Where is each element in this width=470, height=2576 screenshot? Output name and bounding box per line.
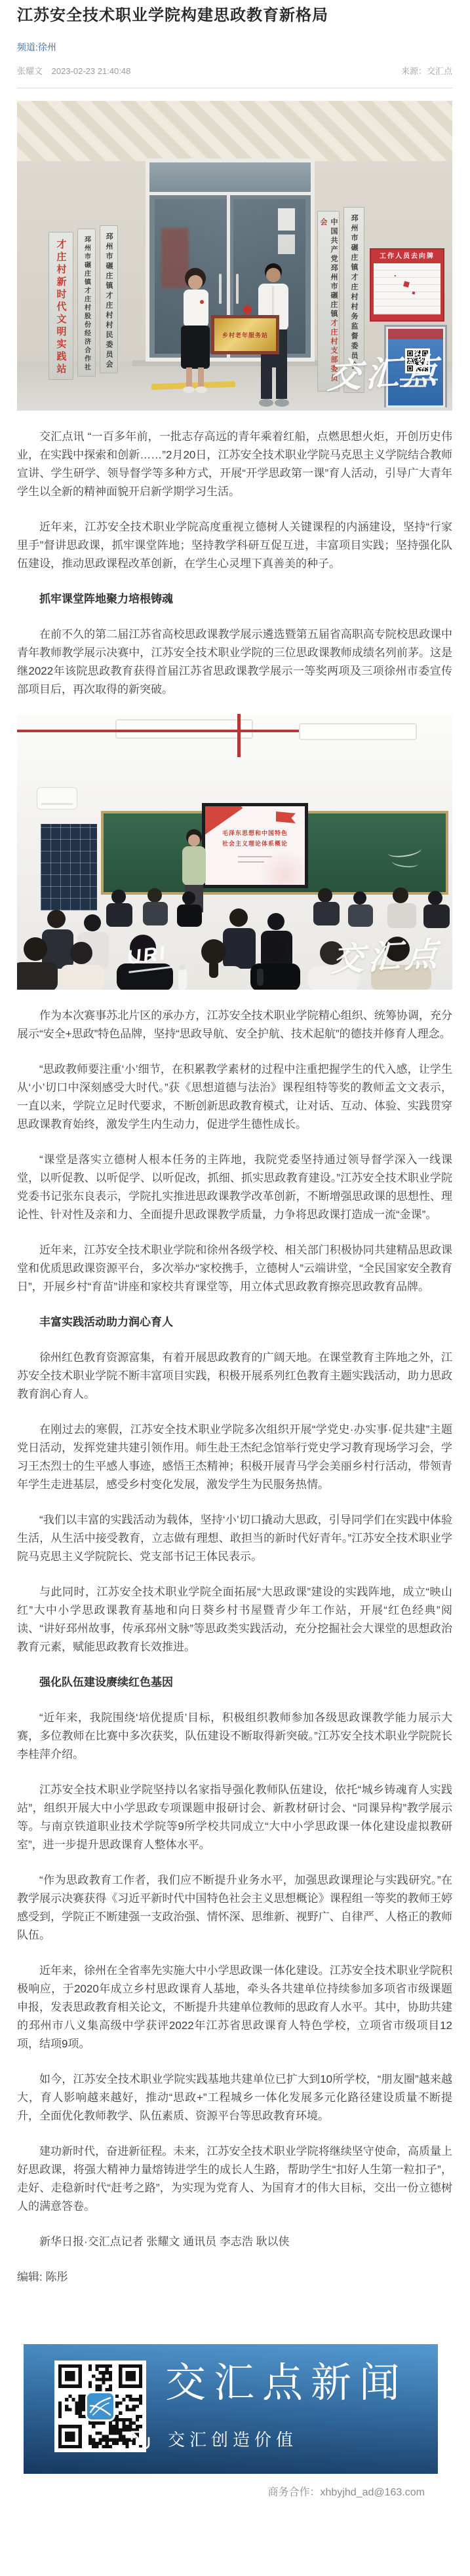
article-photo-classroom: 毛泽东思想和中国特色 社会主义理论体系概论 [17, 714, 452, 990]
source-label: 来源：交汇点 [401, 64, 452, 77]
brand-wordmark: 交汇点新闻 [165, 2361, 408, 2406]
sign-text: 邳州市碾庄镇才庄村股份经济合作社 [82, 236, 92, 376]
poster-qr-code [405, 348, 430, 373]
qr-poster [388, 329, 443, 405]
sign-cooperative: 邳州市碾庄镇才庄村股份经济合作社 [77, 229, 96, 377]
article-photo-award-ceremony: 才庄村新时代文明实践站 邳州市碾庄镇才庄村股份经济合作社 邳州市碾庄镇才庄村村民… [17, 101, 452, 411]
business-contact: 商务合作：xhbyjhd_ad@163.com [17, 2484, 452, 2499]
paragraph: “思政教师要注重‘小’细节，在积累教学素材的过程中注重把握学生的代入感，让学生从… [17, 1060, 452, 1134]
brand-tagline: 交汇创造价值 [127, 2427, 298, 2451]
poster-stand [384, 325, 447, 407]
paragraph: “作为思政教育工作者，我们应不断提升业务水平，加强思政课理论与实践研究。”在教学… [17, 1871, 452, 1945]
students-crowd [17, 872, 452, 990]
paragraph: 近年来，江苏安全技术职业学院高度重视立德树人关键课程的内涵建设，坚持“行家里手”… [17, 518, 452, 573]
article-body: 交汇点讯 “一百多年前，一批志存高远的青年乘着红船，点燃思想火炬，开创历史伟业，… [17, 428, 452, 699]
award-plaque: 乡村老年服务站 [211, 315, 279, 354]
staff-whereabouts-board: 工作人员去向牌 [370, 248, 444, 322]
paragraph: 在前不久的第二届江苏省高校思政课教学展示遴选暨第五届省高职高专院校思政课中青年教… [17, 625, 452, 699]
sign-text-prefix: 中国共产党邳州市碾庄镇才庄村支部委员会 [318, 218, 339, 391]
paragraph: “我们以丰富的实践活动为载体，坚持‘小’切口撬动大思政，引导同学们在实践中体验生… [17, 1511, 452, 1566]
plaque-text: 乡村老年服务站 [222, 331, 268, 339]
paragraph: 作为本次赛事苏北片区的承办方，江苏安全技术职业学院精心组织、统筹协调，充分展示“… [17, 1007, 452, 1043]
sign-text: 邳州市碾庄镇才庄村村民委员会 [104, 233, 114, 373]
sign-party-branch: 中国共产党邳州市碾庄镇才庄村支部委员会 [317, 211, 340, 392]
tagline-text: 交汇创造价值 [168, 2427, 298, 2451]
meta-left: 张耀文 2023-02-23 21:40:48 [17, 64, 130, 77]
paragraph: 建功新时代，奋进新征程。未来，江苏安全技术职业学院将继续坚守使命，高质量上好思政… [17, 2142, 452, 2216]
ceiling-light [115, 719, 253, 739]
paragraph: 交汇点讯 “一百多年前，一批志存高远的青年乘着红船，点燃思想火炬，开创历史伟业，… [17, 428, 452, 501]
red-ornament [243, 305, 252, 314]
board-rows [374, 263, 441, 314]
sign-supervision-committee: 邳州市碾庄镇才庄村村务监督委员会 [343, 207, 364, 393]
publish-time: 2023-02-23 21:40:48 [52, 66, 131, 76]
article-meta: 张耀文 2023-02-23 21:40:48 来源：交汇点 [17, 64, 452, 77]
author-name: 张耀文 [17, 66, 43, 76]
sign-text: 才庄村新时代文明实践站 [54, 239, 68, 379]
door-transom [149, 162, 311, 195]
paragraph: 近年来，江苏安全技术职业学院和徐州各级学校、相关部门积极协同共建精品思政课堂和优… [17, 1241, 452, 1296]
article-page: 江苏安全技术职业学院构建思政教育新格局 频道:徐州 张耀文 2023-02-23… [17, 0, 452, 2499]
paragraph: 在刚过去的寒假，江苏安全技术职业学院多次组织开展“学党史·办实事·促共建”主题党… [17, 1421, 452, 1494]
red-pipe-vertical [237, 714, 241, 757]
slide-title-line2: 社会主义理论体系概论 [205, 839, 305, 848]
poster-header [388, 329, 443, 339]
editor-credit: 编辑: 陈彤 [17, 2268, 452, 2287]
reporter-byline: 新华日报·交汇点记者 张耀文 通讯员 李志浩 耿以侠 [17, 2233, 452, 2251]
article-body-continued: 作为本次赛事苏北片区的承办方，江苏安全技术职业学院精心组织、统筹协调，充分展示“… [17, 1007, 452, 2287]
cursor-arrow-icon [127, 2427, 151, 2451]
paragraph: 徐州红色教育资源富集，有着开展思政教育的广阔天地。在课堂教育主阵地之外，江苏安全… [17, 1349, 452, 1404]
door-notice-a [278, 208, 295, 231]
slide-flag-graphic [276, 812, 296, 823]
sign-civilization-station: 才庄村新时代文明实践站 [49, 232, 73, 380]
red-pipe-horizontal [17, 730, 299, 732]
poster-line [400, 385, 426, 387]
jhd-news-banner[interactable]: 交汇点新闻 交汇创造价值 [24, 2344, 438, 2474]
photo1-ceiling [17, 101, 452, 161]
sign-text: 邳州市碾庄镇才庄村村务监督委员会 [349, 214, 359, 392]
sign-village-committee: 邳州市碾庄镇才庄村村民委员会 [100, 225, 118, 373]
paragraph: “课堂是落实立德树人根本任务的主阵地，我院党委坚持通过领导督学深入一线课堂，以听… [17, 1151, 452, 1224]
slide-title-line1: 毛泽东思想和中国特色 [205, 829, 305, 837]
section-heading: 强化队伍建设赓续红色基因 [17, 1673, 452, 1692]
paragraph: “近年来，我院围绕‘培优提质’目标，积极组织教师参加各级思政课教学能力展示大赛，… [17, 1709, 452, 1764]
air-conditioner [37, 787, 77, 810]
ceiling-light [299, 723, 417, 740]
paragraph: 江苏安全技术职业学院坚持以名家指导强化教师队伍建设，依托“城乡铸魂育人实践站”，… [17, 1781, 452, 1854]
paragraph: 如今，江苏安全技术职业学院实践基地共建单位已扩大到10所学校，“朋友圈”越来越大… [17, 2070, 452, 2125]
jacket-lettering: URI [126, 942, 172, 973]
section-heading: 抓牢课堂阵地聚力培根铸魂 [17, 590, 452, 608]
divider [17, 88, 452, 88]
poster-line [400, 379, 438, 381]
page-title: 江苏安全技术职业学院构建思政教育新格局 [17, 5, 452, 26]
door-notice-b [278, 234, 295, 254]
paragraph: 近年来，徐州在全省率先实施大中小学思政课一体化建设。江苏安全技术职业学院积极响应… [17, 1962, 452, 2053]
channel-link[interactable]: 频道:徐州 [17, 41, 452, 54]
board-title: 工作人员去向牌 [374, 252, 441, 261]
paragraph: 与此同时，江苏安全技术职业学院全面拓展“大思政课”建设的实践阵地，成立“映山红”… [17, 1583, 452, 1656]
section-heading: 丰富实践活动助力润心育人 [17, 1313, 452, 1332]
